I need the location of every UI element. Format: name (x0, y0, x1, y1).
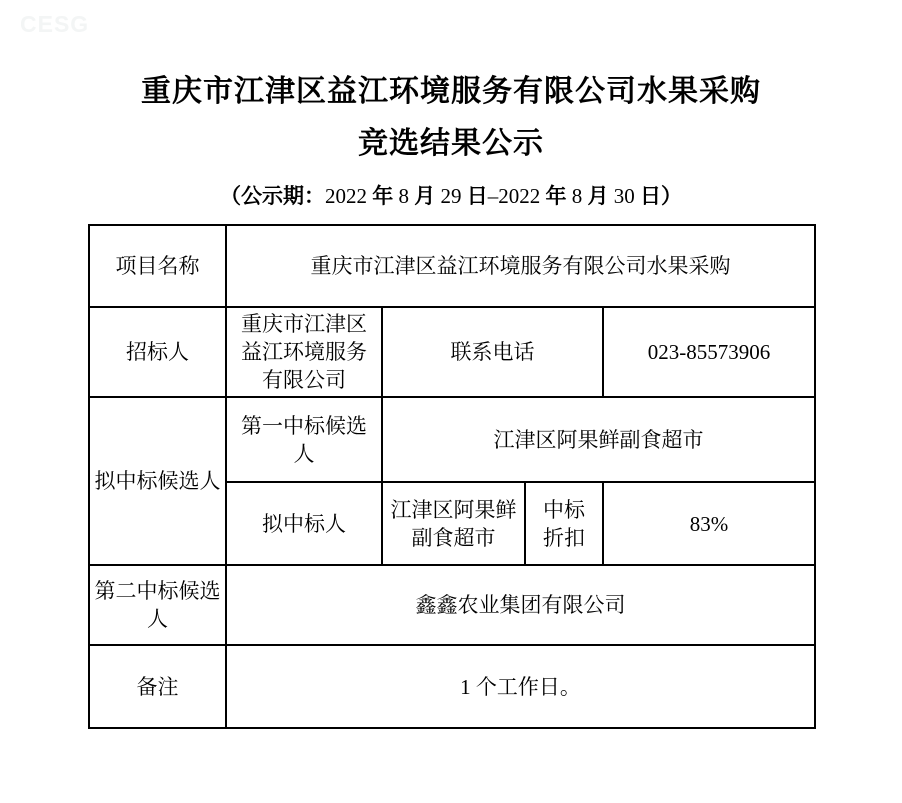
publicity-period-yearchar1: 年 (367, 184, 399, 208)
cesg-watermark: CESG (20, 11, 89, 38)
contact-phone-value: 023-85573906 (603, 307, 815, 397)
page-title: 重庆市江津区益江环境服务有限公司水果采购 竞选结果公示 (0, 66, 902, 170)
project-name-label: 项目名称 (89, 225, 226, 307)
publicity-period-year1: 2022 (325, 184, 367, 208)
contact-phone-label: 联系电话 (382, 307, 603, 397)
table-row-second-candidate: 第二中标候选 人 鑫鑫农业集团有限公司 (89, 565, 815, 645)
tenderer-label: 招标人 (89, 307, 226, 397)
first-candidate-label: 第一中标候选 人 (226, 397, 382, 482)
second-candidate-value: 鑫鑫农业集团有限公司 (226, 565, 815, 645)
publicity-period-close: 日） (635, 184, 682, 208)
publicity-period: （公示期：2022 年 8 月 29 日–2022 年 8 月 30 日） (0, 182, 902, 210)
publicity-period-day1: 29 (441, 184, 462, 208)
discount-value: 83% (603, 482, 815, 565)
tenderer-value: 重庆市江津区 益江环境服务 有限公司 (226, 307, 382, 397)
publicity-period-month2: 8 (572, 184, 583, 208)
second-candidate-label: 第二中标候选 人 (89, 565, 226, 645)
publicity-period-day2: 30 (614, 184, 635, 208)
publicity-period-daychar1: 日 (462, 184, 488, 208)
publicity-period-yearchar2: 年 (540, 184, 572, 208)
discount-label: 中标 折扣 (525, 482, 603, 565)
publicity-period-open: （公示期： (220, 184, 325, 208)
publicity-period-year2: 2022 (498, 184, 540, 208)
proposed-winner-value: 江津区阿果鲜 副食超市 (382, 482, 525, 565)
publicity-period-monthchar2: 月 (582, 184, 614, 208)
remark-value: 1 个工作日。 (226, 645, 815, 728)
remark-label: 备注 (89, 645, 226, 728)
publicity-period-dash: – (488, 184, 499, 208)
proposed-winner-label: 拟中标人 (226, 482, 382, 565)
page-title-line1: 重庆市江津区益江环境服务有限公司水果采购 (0, 66, 902, 118)
table-row-project: 项目名称 重庆市江津区益江环境服务有限公司水果采购 (89, 225, 815, 307)
table-row-first-candidate: 拟中标候选人 第一中标候选 人 江津区阿果鲜副食超市 (89, 397, 815, 482)
project-name-value: 重庆市江津区益江环境服务有限公司水果采购 (226, 225, 815, 307)
candidates-group-label: 拟中标候选人 (89, 397, 226, 565)
result-table: 项目名称 重庆市江津区益江环境服务有限公司水果采购 招标人 重庆市江津区 益江环… (88, 224, 816, 729)
publicity-period-month1: 8 (399, 184, 410, 208)
publicity-period-monthchar1: 月 (409, 184, 441, 208)
table-row-remark: 备注 1 个工作日。 (89, 645, 815, 728)
table-row-tenderer: 招标人 重庆市江津区 益江环境服务 有限公司 联系电话 023-85573906 (89, 307, 815, 397)
notice-page: { "watermark": { "text": "CESG" }, "titl… (0, 0, 902, 803)
page-title-line2: 竞选结果公示 (0, 118, 902, 170)
first-candidate-value: 江津区阿果鲜副食超市 (382, 397, 815, 482)
